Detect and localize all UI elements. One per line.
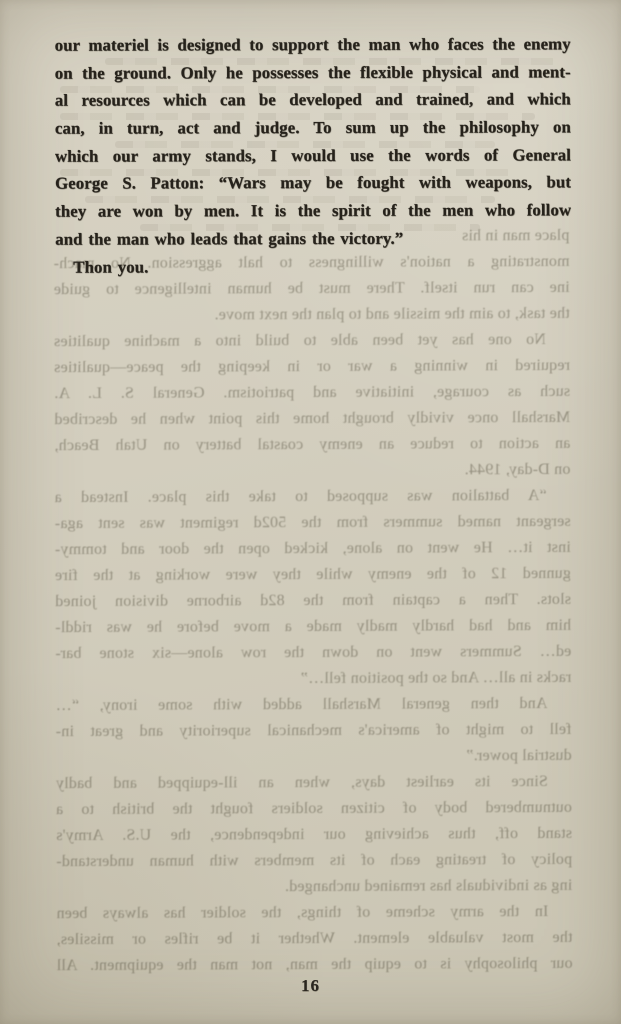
bleed-through-text-line: And then general Marshall added with som… [55,691,571,719]
bleed-through-text-line: inst it… He went on alone, kicked open t… [55,535,571,563]
bleed-through-text-block: place man in his monstrating a nation's … [53,223,572,979]
printed-text-line: they are won by men. It is the spirit of… [55,196,571,225]
bleed-through-text-line: the task, to aim the missile and to plan… [54,301,570,329]
bleed-through-text-line: gunned 12 of the enemy while they were w… [55,561,571,589]
bleed-through-text-line: our philosophy is to equip the man, not … [57,951,573,979]
printed-text-line: can, in turn, act and judge. To sum up t… [55,113,571,142]
printed-text-line: and the man who leads that gains the vic… [55,224,571,253]
printed-text-line: Thon you. [55,252,571,281]
printed-text-line: on the ground. Only he possesses the fle… [55,58,571,87]
printed-text-line: which our army stands, I would use the w… [55,141,571,170]
printed-text-line: al resources which can be developed and … [55,86,571,115]
bleed-through-text-line: In the army scheme of things, the soldie… [56,899,572,927]
bleed-through-text-line: outnumbered body of citizen soldiers fou… [56,795,572,823]
bleed-through-text-line: ing as individuals has remained unchange… [56,873,572,901]
bleed-through-text-line: required in winning a war or in keeping … [54,353,570,381]
bleed-through-text-line: him and had hardly madly made a move bef… [55,613,571,641]
bleed-through-text-line: Marshall once vividly brought home this … [54,405,570,433]
bleed-through-text-line: policy of treating each of its members w… [56,847,572,875]
bleed-through-text-line: the most valuable element. Whether it be… [56,925,572,953]
bleed-through-text-line: fell to might of america's mechanical su… [56,717,572,745]
printed-text-line: George S. Patton: “Wars may be fought wi… [55,169,571,198]
scanned-book-page: place man in his monstrating a nation's … [0,0,621,1024]
bleed-through-text-line: slots. Then a captain from the 82d airbo… [55,587,571,615]
bleed-through-text-line: “A battalion was supposed to take this p… [54,483,570,511]
bleed-through-text-line: No one has yet been able to build into a… [54,327,570,355]
bleed-through-text-line: such as courage, initiative and patrioti… [54,379,570,407]
bleed-through-text-line: stand off, thus achieving our independen… [56,821,572,849]
bleed-through-text-line: Since its earliest days, when an ill-equ… [56,769,572,797]
bleed-through-text-line: sergeant named summers from the 502d reg… [55,509,571,537]
bleed-through-text-line: ed… Summers went on down the row alone—s… [55,639,571,667]
bleed-through-text-line: racks in all… And so the position fell…” [55,665,571,693]
bleed-through-text-line: an action to reduce an enemy coastal bat… [54,431,570,459]
bleed-through-text-line: dustrial power.” [56,743,572,771]
page-number: 16 [0,976,621,996]
printed-text-block: our materiel is designed to support the … [55,30,572,281]
printed-text-line: our materiel is designed to support the … [55,30,571,59]
bleed-through-text-line: on D-day, 1944. [54,457,570,485]
